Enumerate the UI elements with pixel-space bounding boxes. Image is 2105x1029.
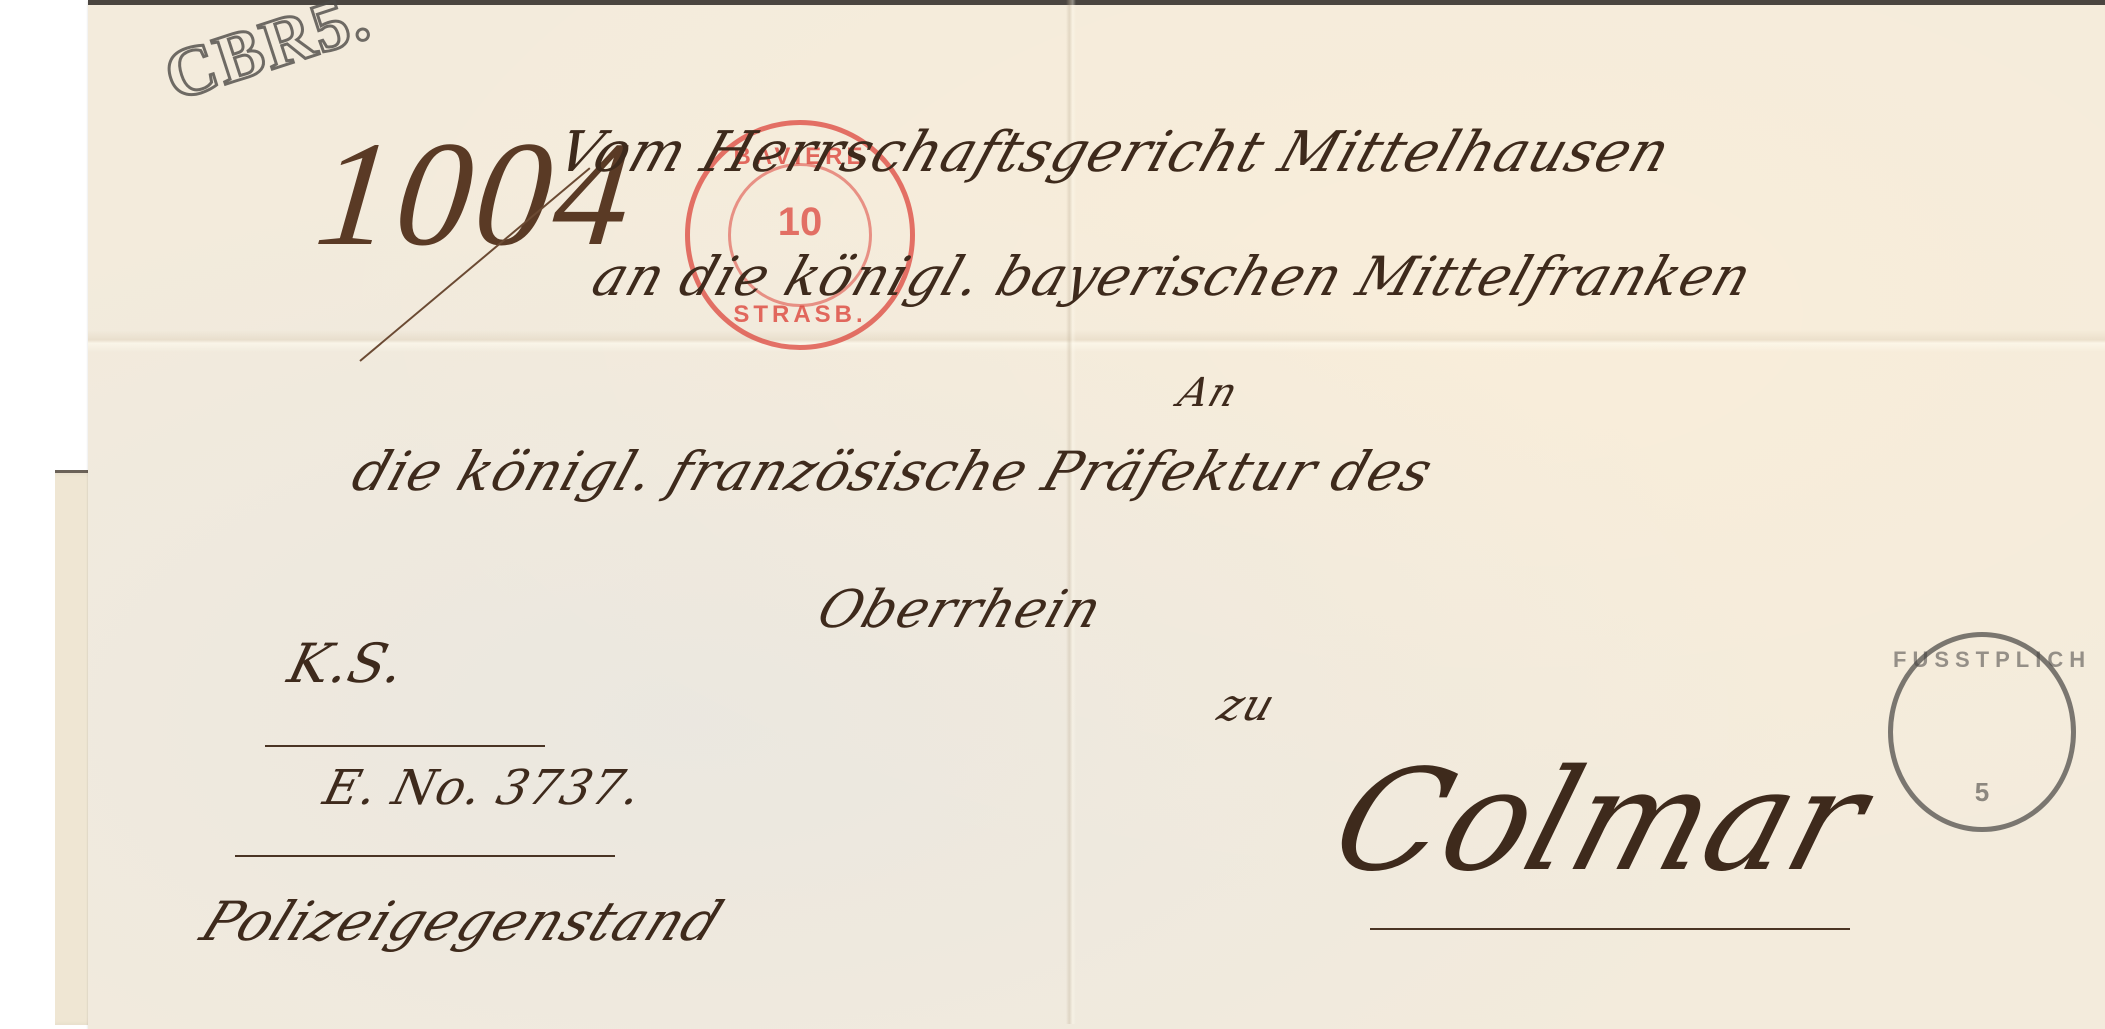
gray-postmark-ring-text: FUSSTPLICH [1893, 647, 2071, 673]
gray-circular-postmark: FUSSTPLICH 5 [1888, 632, 2076, 832]
annotation-ks: K.S. [282, 632, 411, 695]
address-line-4: Oberrhein [810, 580, 1109, 640]
address-line-3: die königl. französische Präfektur des [345, 440, 1441, 503]
city-underline [1370, 928, 1850, 930]
annotation-rule-1 [265, 745, 545, 747]
annotation-subject: Polizeigegenstand [192, 890, 732, 953]
destination-city: Colmar [1317, 740, 1883, 903]
postmark-date-text: 10 [690, 200, 910, 245]
annotation-record-number: E. No. 3737. [318, 760, 648, 816]
gray-postmark-center-text: 5 [1893, 777, 2071, 808]
address-line-1: Vom Herrschaftsgericht Mittelhausen [549, 120, 1678, 185]
annotation-rule-2 [235, 855, 615, 857]
address-line-2: an die königl. bayerischen Mittelfranken [585, 245, 1760, 308]
